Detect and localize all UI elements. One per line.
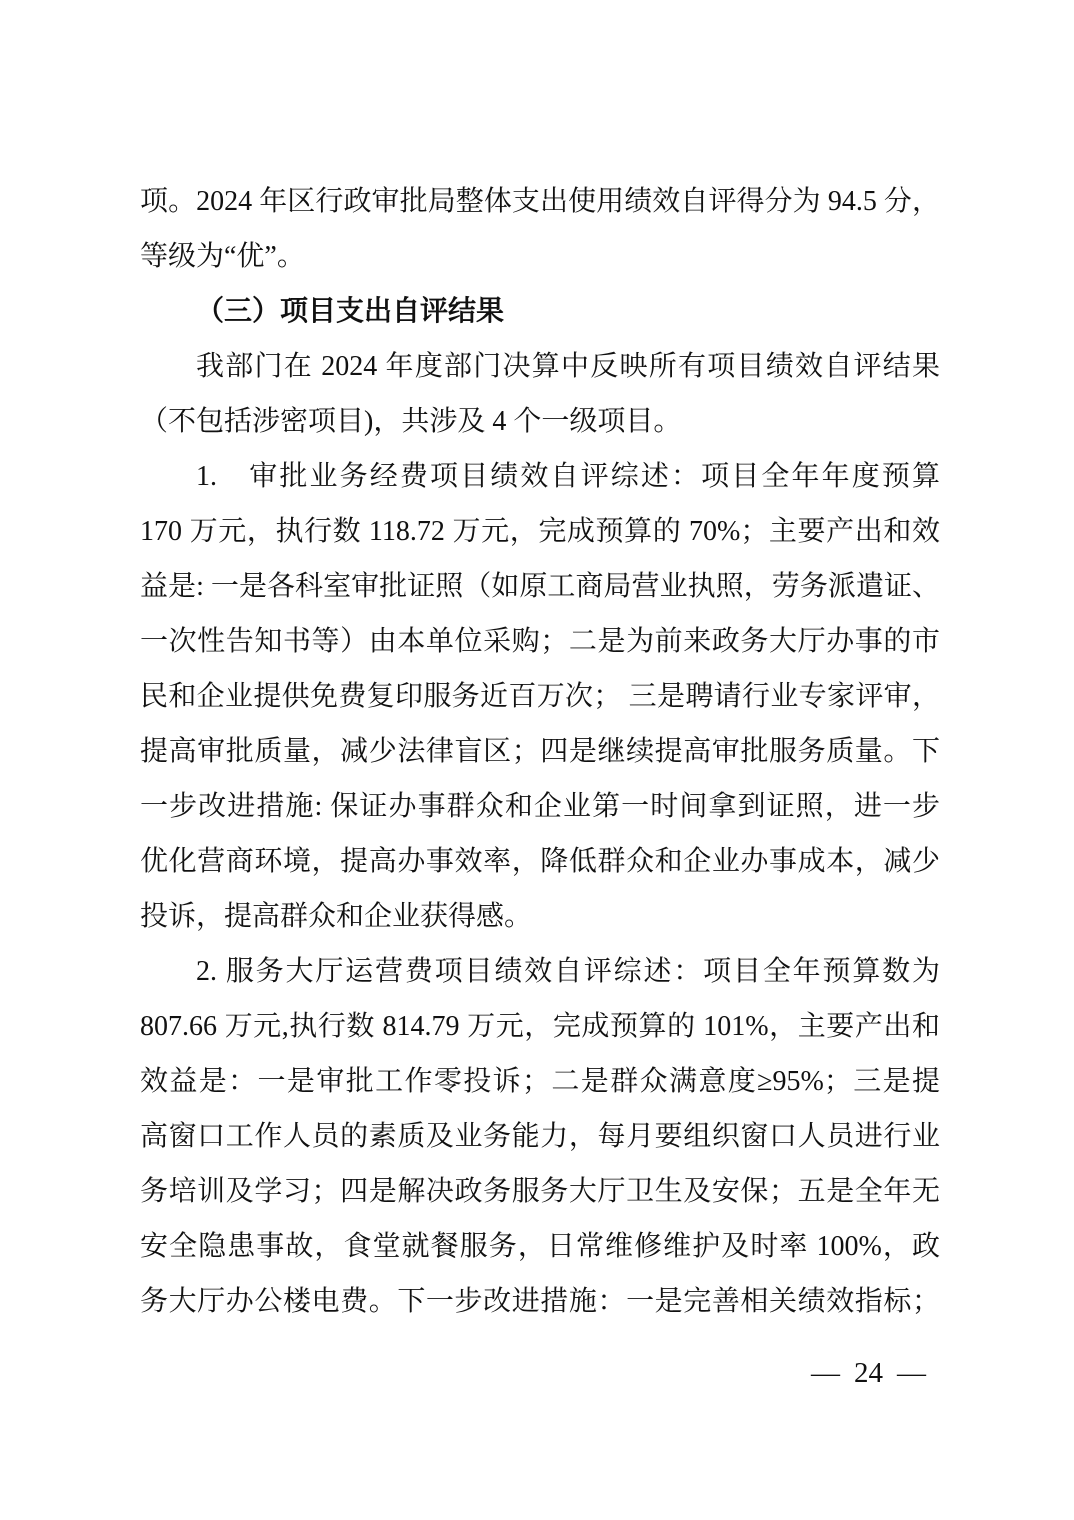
body-line: 高窗口工作人员的素质及业务能力，每月要组织窗口人员进行业 xyxy=(140,1109,940,1164)
body-line: 投诉，提高群众和企业获得感。 xyxy=(140,889,940,944)
body-line: （不包括涉密项目)，共涉及 4 个一级项目。 xyxy=(140,394,940,449)
body-line: 效益是：一是审批工作零投诉；二是群众满意度≥95%；三是提 xyxy=(140,1054,940,1109)
page-number-dash-right: — xyxy=(897,1357,926,1389)
body-line: 优化营商环境，提高办事效率，降低群众和企业办事成本，减少 xyxy=(140,834,940,889)
body-line: 等级为“优”。 xyxy=(140,229,940,284)
body-line: 民和企业提供免费复印服务近百万次； 三是聘请行业专家评审， xyxy=(140,669,940,724)
page-number-dash-left: — xyxy=(811,1357,840,1389)
body-line: 项。2024 年区行政审批局整体支出使用绩效自评得分为 94.5 分， xyxy=(140,174,940,229)
section-heading: （三）项目支出自评结果 xyxy=(140,284,940,339)
body-line: 益是: 一是各科室审批证照（如原工商局营业执照，劳务派遣证、 xyxy=(140,559,940,614)
body-line: 我部门在 2024 年度部门决算中反映所有项目绩效自评结果 xyxy=(140,339,940,394)
body-line: 170 万元，执行数 118.72 万元，完成预算的 70%；主要产出和效 xyxy=(140,504,940,559)
body-line: 一次性告知书等）由本单位采购；二是为前来政务大厅办事的市 xyxy=(140,614,940,669)
page-footer: —24— xyxy=(140,1352,940,1394)
document-page: 项。2024 年区行政审批局整体支出使用绩效自评得分为 94.5 分， 等级为“… xyxy=(0,0,1074,1520)
page-number: 24 xyxy=(854,1357,883,1389)
body-line: 1. 审批业务经费项目绩效自评综述：项目全年年度预算 xyxy=(140,449,940,504)
body-line: 807.66 万元,执行数 814.79 万元，完成预算的 101%，主要产出和 xyxy=(140,999,940,1054)
body-line: 务大厅办公楼电费。下一步改进措施：一是完善相关绩效指标； xyxy=(140,1274,940,1329)
document-body: 项。2024 年区行政审批局整体支出使用绩效自评得分为 94.5 分， 等级为“… xyxy=(140,174,940,1329)
body-line: 安全隐患事故，食堂就餐服务，日常维修维护及时率 100%，政 xyxy=(140,1219,940,1274)
body-line: 一步改进措施: 保证办事群众和企业第一时间拿到证照，进一步 xyxy=(140,779,940,834)
body-line: 2. 服务大厅运营费项目绩效自评综述：项目全年预算数为 xyxy=(140,944,940,999)
body-line: 提高审批质量，减少法律盲区；四是继续提高审批服务质量。下 xyxy=(140,724,940,779)
body-line: 务培训及学习；四是解决政务服务大厅卫生及安保；五是全年无 xyxy=(140,1164,940,1219)
